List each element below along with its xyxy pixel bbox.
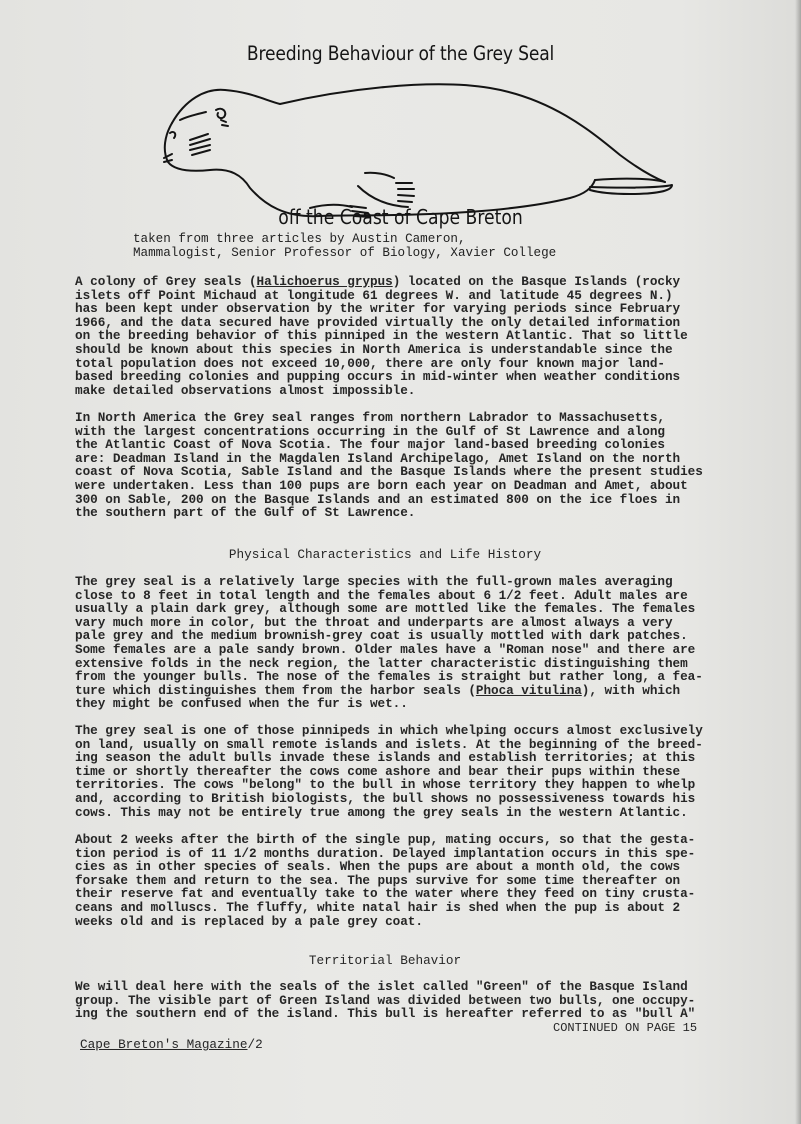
text-run: ing the southern end of the island. This… [75,1006,695,1021]
paragraph-whelping: The grey seal is one of those pinnipeds … [75,724,775,819]
text-line: In North America the Grey seal ranges fr… [75,411,775,425]
text-run: weeks old and is replaced by a pale grey… [75,914,423,929]
text-line: weeks old and is replaced by a pale grey… [75,915,775,929]
text-line: their reserve fat and eventually take to… [75,887,775,901]
text-line: based breeding colonies and pupping occu… [75,370,775,384]
text-line: tion period is of 11 1/2 months duration… [75,847,775,861]
text-line: We will deal here with the seals of the … [75,980,775,994]
magazine-name: Cape Breton's Magazine [80,1037,248,1052]
paragraph-range: In North America the Grey seal ranges fr… [75,411,775,520]
text-line: from the younger bulls. The nose of the … [75,670,775,684]
text-line: 1966, and the data secured have provided… [75,316,775,330]
text-line: islets off Point Michaud at longitude 61… [75,289,775,303]
text-line: on the breeding behavior of this pinnipe… [75,329,775,343]
text-line: The grey seal is a relatively large spec… [75,575,775,589]
text-line: cows. This may not be entirely true amon… [75,806,775,820]
text-run: they might be confused when the fur is w… [75,696,408,711]
text-line: and, according to British biologists, th… [75,792,775,806]
paragraph-mating: About 2 weeks after the birth of the sin… [75,833,775,928]
continued-notice: CONTINUED ON PAGE 15 [553,1021,697,1035]
byline-line: taken from three articles by Austin Came… [133,232,556,246]
text-line: territories. The cows "belong" to the bu… [75,778,775,792]
text-line: time or shortly thereafter the cows come… [75,765,775,779]
text-line: A colony of Grey seals (Halichoerus gryp… [75,275,775,289]
text-line: ceans and molluscs. The fluffy, white na… [75,901,775,915]
text-line: vary much more in color, but the throat … [75,616,775,630]
text-line: The grey seal is one of those pinnipeds … [75,724,775,738]
article-title-line1: Breeding Behaviour of the Grey Seal [48,42,753,65]
article-title-line2: off the Coast of Cape Breton [56,205,745,229]
text-line: forsake them and return to the sea. The … [75,874,775,888]
text-line: total population does not exceed 10,000,… [75,357,775,371]
section-heading-physical: Physical Characteristics and Life Histor… [70,547,700,562]
text-line: pale grey and the medium brownish-grey c… [75,629,775,643]
text-run: cows. This may not be entirely true amon… [75,805,688,820]
text-line: were undertaken. Less than 100 pups are … [75,479,775,493]
text-line: extensive folds in the neck region, the … [75,657,775,671]
text-line: are: Deadman Island in the Magdalen Isla… [75,452,775,466]
magazine-page: Breeding Behaviour of the Grey Seal off … [0,0,801,1124]
text-line: cies as in other species of seals. When … [75,860,775,874]
text-run: the southern part of the Gulf of St Lawr… [75,505,415,520]
text-line: group. The visible part of Green Island … [75,994,775,1008]
text-run: make detailed observations almost imposs… [75,383,415,398]
byline-line: Mammalogist, Senior Professor of Biology… [133,246,556,260]
page-footer: Cape Breton's Magazine/2 [80,1037,263,1052]
text-line: make detailed observations almost imposs… [75,384,775,398]
text-line: with the largest concentrations occurrin… [75,425,775,439]
text-line: Some females are a pale sandy brown. Old… [75,643,775,657]
text-line: ing season the adult bulls invade these … [75,751,775,765]
text-run: ), with which [582,683,680,698]
text-line: has been kept under observation by the w… [75,302,775,316]
text-line: the southern part of the Gulf of St Lawr… [75,506,775,520]
text-line: should be known about this species in No… [75,343,775,357]
text-line: close to 8 feet in total length and the … [75,589,775,603]
section-heading-territorial: Territorial Behavior [70,953,700,968]
grey-seal-illustration [150,70,710,220]
text-line: the Atlantic Coast of Nova Scotia. The f… [75,438,775,452]
species-name: Phoca vitulina [476,683,582,698]
page-edge-shadow [795,0,801,1124]
paragraph-intro: A colony of Grey seals (Halichoerus gryp… [75,275,775,397]
text-line: coast of Nova Scotia, Sable Island and t… [75,465,775,479]
paragraph-territorial: We will deal here with the seals of the … [75,980,775,1021]
text-line: About 2 weeks after the birth of the sin… [75,833,775,847]
text-line: ture which distinguishes them from the h… [75,684,775,698]
text-line: ing the southern end of the island. This… [75,1007,775,1021]
byline: taken from three articles by Austin Came… [133,232,556,260]
text-line: 300 on Sable, 200 on the Basque Islands … [75,493,775,507]
paragraph-physical: The grey seal is a relatively large spec… [75,575,775,711]
text-line: on land, usually on small remote islands… [75,738,775,752]
text-line: they might be confused when the fur is w… [75,697,775,711]
page-number: /2 [248,1037,263,1052]
text-line: usually a plain dark grey, although some… [75,602,775,616]
